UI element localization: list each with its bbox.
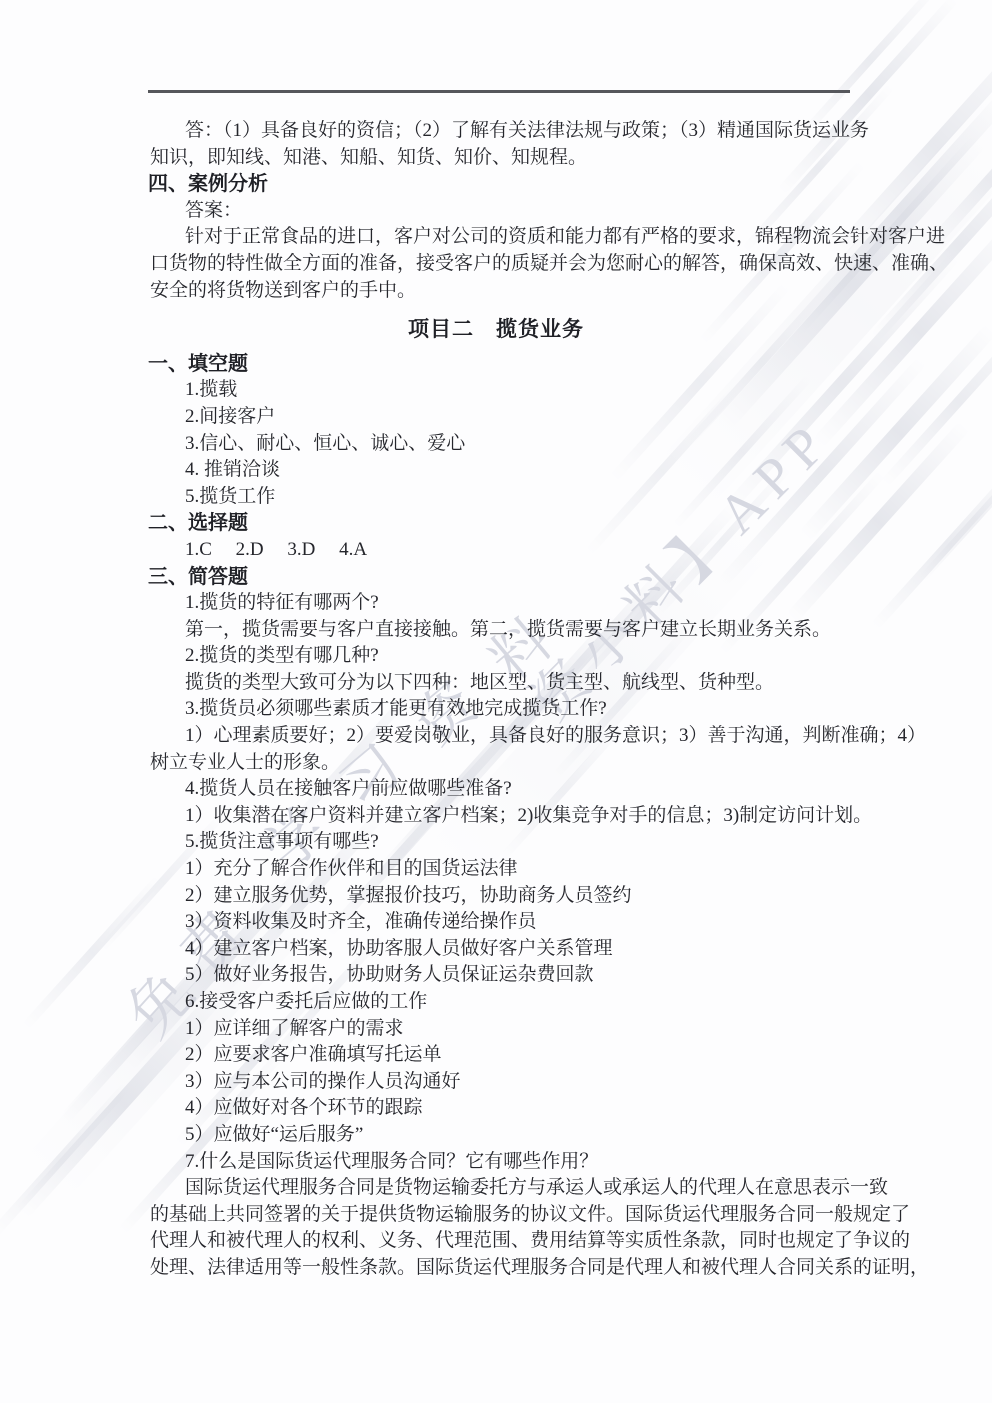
text-line: 3.揽货员必须哪些素质才能更有效地完成揽货工作? <box>185 696 992 723</box>
text-line: 安全的将货物送到客户的手中。 <box>150 278 992 305</box>
text-line: 口货物的特性做全方面的准备，接受客户的质疑并会为您耐心的解答，确保高效、快速、准… <box>150 251 992 278</box>
text-line: 国际货运代理服务合同是货物运输委托方与承运人或承运人的代理人在意思表示一致 <box>185 1175 992 1202</box>
text-line: 3）资料收集及时齐全，准确传递给操作员 <box>185 909 992 936</box>
text-line: 2）建立服务优势，掌握报价技巧，协助商务人员签约 <box>185 883 992 910</box>
text-line: 5.揽货工作 <box>185 484 992 511</box>
text-line: 5）应做好“运后服务” <box>185 1122 992 1149</box>
text-line: 1）收集潜在客户资料并建立客户档案；2)收集竞争对手的信息；3)制定访问计划。 <box>185 803 992 830</box>
text-line: 5）做好业务报告，协助财务人员保证运杂费回款 <box>185 962 992 989</box>
text-line: 4）建立客户档案，协助客服人员做好客户关系管理 <box>185 936 992 963</box>
text-line: 2）应要求客户准确填写托运单 <box>185 1042 992 1069</box>
text-line: 2.揽货的类型有哪几种? <box>185 643 992 670</box>
text-line: 1.揽载 <box>185 377 992 404</box>
text-line: 揽货的类型大致可分为以下四种：地区型、货主型、航线型、货种型。 <box>185 670 992 697</box>
section-heading: 四、案例分析 <box>148 171 992 198</box>
text-line: 3）应与本公司的操作人员沟通好 <box>185 1069 992 1096</box>
section-heading: 一、填空题 <box>148 351 992 378</box>
text-line: 处理、法律适用等一般性条款。国际货运代理服务合同是代理人和被代理人合同关系的证明… <box>150 1255 992 1282</box>
section-heading: 三、简答题 <box>148 564 992 591</box>
text-line: 的基础上共同签署的关于提供货物运输服务的协议文件。国际货运代理服务合同一般规定了 <box>150 1202 992 1229</box>
text-line: 针对于正常食品的进口，客户对公司的资质和能力都有严格的要求，锦程物流会针对客户进 <box>185 224 992 251</box>
chapter-title: 项目二 揽货业务 <box>0 316 992 343</box>
text-line: 7.什么是国际货运代理服务合同？它有哪些作用？ <box>185 1149 992 1176</box>
text-line: 代理人和被代理人的权利、义务、代理范围、费用结算等实质性条款，同时也规定了争议的 <box>150 1228 992 1255</box>
text-line: 1.揽货的特征有哪两个? <box>185 590 992 617</box>
header-rule <box>148 90 850 93</box>
text-line: 1）心理素质要好；2）要爱岗敬业，具备良好的服务意识；3）善于沟通，判断准确；4… <box>185 723 992 750</box>
document-page: 免费 学习资料 资小料】APP 答：（1）具备良好的资信；（2）了解有关法律法规… <box>0 0 992 1403</box>
text-line: 1）应详细了解客户的需求 <box>185 1016 992 1043</box>
section-heading: 二、选择题 <box>148 510 992 537</box>
text-line: 3.信心、耐心、恒心、诚心、爱心 <box>185 431 992 458</box>
text-line: 1.C 2.D 3.D 4.A <box>185 537 992 564</box>
text-line: 答：（1）具备良好的资信；（2）了解有关法律法规与政策；（3）精通国际货运业务 <box>185 118 992 145</box>
text-line: 4.揽货人员在接触客户前应做哪些准备? <box>185 776 992 803</box>
text-line: 第一，揽货需要与客户直接接触。第二，揽货需要与客户建立长期业务关系。 <box>185 617 992 644</box>
text-line: 6.接受客户委托后应做的工作 <box>185 989 992 1016</box>
text-line: 知识，即知线、知港、知船、知货、知价、知规程。 <box>150 145 992 172</box>
text-line: 4）应做好对各个环节的跟踪 <box>185 1095 992 1122</box>
text-line: 4. 推销洽谈 <box>185 457 992 484</box>
text-line: 1）充分了解合作伙伴和目的国货运法律 <box>185 856 992 883</box>
text-line: 5.揽货注意事项有哪些? <box>185 829 992 856</box>
text-line: 树立专业人士的形象。 <box>150 750 992 777</box>
text-line: 2.间接客户 <box>185 404 992 431</box>
document-content: 答：（1）具备良好的资信；（2）了解有关法律法规与政策；（3）精通国际货运业务知… <box>0 118 992 1282</box>
text-line: 答案： <box>185 198 992 225</box>
watermark-streak <box>800 0 940 137</box>
